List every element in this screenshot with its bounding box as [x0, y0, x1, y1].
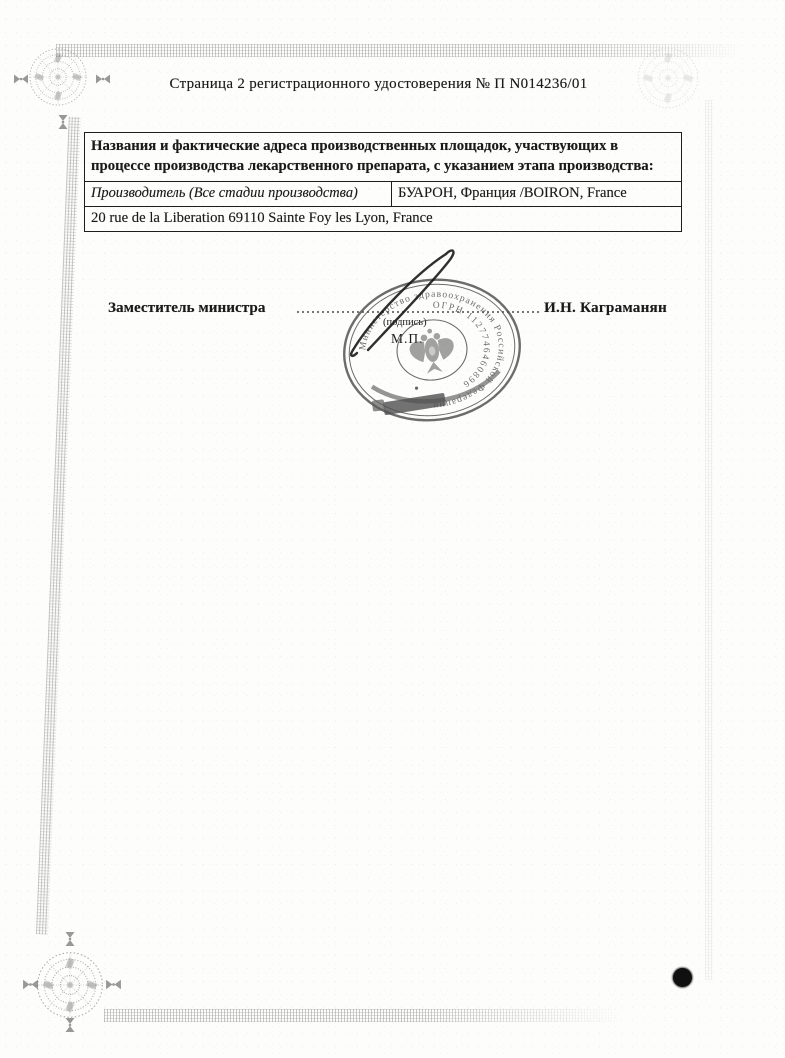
- page-title: Страница 2 регистрационного удостоверени…: [0, 76, 771, 93]
- coat-of-arms-eagle-icon: [407, 326, 456, 375]
- production-sites-table: Названия и фактические адреса производст…: [84, 132, 682, 232]
- table-row: Производитель (Все стадии производства) …: [85, 182, 681, 207]
- table-header-cell: Названия и фактические адреса производст…: [85, 133, 681, 182]
- ministry-round-stamp: Министерство здравоохранения Российской …: [332, 266, 532, 436]
- producer-value-cell: БУАРОН, Франция /BOIRON, France: [392, 182, 681, 206]
- punch-hole-dot: [673, 968, 692, 987]
- scanned-certificate-page: { "page": { "title": "Страница 2 регистр…: [0, 0, 785, 1058]
- rosette-bottom-left-icon: [38, 953, 103, 1018]
- producer-label-cell: Производитель (Все стадии производства): [85, 182, 392, 206]
- address-cell: 20 rue de la Liberation 69110 Sainte Foy…: [85, 207, 681, 231]
- signatory-name: И.Н. Каграманян: [544, 299, 667, 317]
- stamp-ink-smudge: [371, 383, 447, 416]
- signatory-title: Заместитель министра: [108, 299, 265, 317]
